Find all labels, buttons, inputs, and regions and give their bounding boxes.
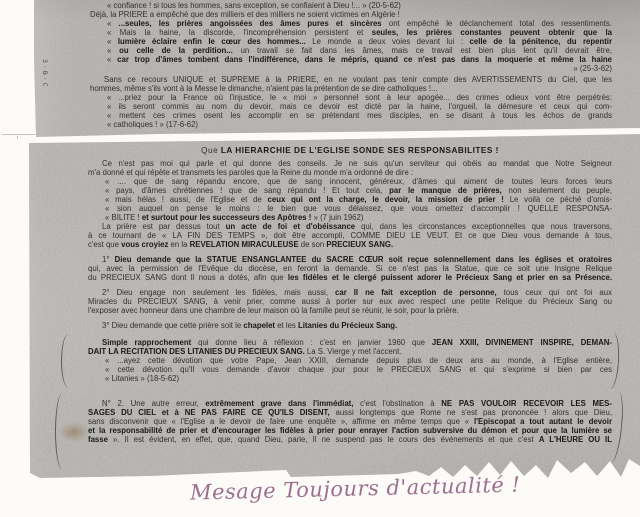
text-line: Sans ce recours UNIQUE et SUPREME à la P… bbox=[90, 75, 612, 84]
text-line: « ils seront commis au nom du devoir, ma… bbox=[90, 102, 612, 111]
text-line: « lumière éclaire enfin le cœur des homm… bbox=[90, 37, 612, 46]
text-line: « cette dévotion qu'Il vous demande d'av… bbox=[88, 365, 612, 374]
text-line: c'est que vous croyiez en la REVELATION … bbox=[88, 240, 612, 249]
text-line: Simple rapprochement qui donne lieu à ré… bbox=[88, 338, 612, 347]
handwritten-note: Mesage Toujours d'actualité ! bbox=[190, 471, 570, 504]
text-line: « ou celle de la perdition... un travail… bbox=[90, 46, 612, 55]
text-line: Ce n'est pas moi qui parle et qui donne … bbox=[88, 159, 612, 168]
line-gap bbox=[88, 383, 612, 399]
text-line: sans disconvenir que « l'Eglise a le dev… bbox=[88, 417, 612, 426]
text-line: N° 2. Une autre erreur, extrêmement grav… bbox=[88, 399, 612, 408]
text-line: « catholiques ! » (17-6-62) bbox=[90, 120, 612, 129]
text-line: 1° Dieu demande que la STATUE ENSANGLANT… bbox=[88, 255, 612, 264]
top-paper-text: « confiance ! si tous les hommes, sans e… bbox=[90, 1, 612, 129]
pencil-bracket-left-1 bbox=[61, 334, 76, 388]
text-line: du PRECIEUX SANG dont Il nous a dotés, a… bbox=[88, 273, 612, 282]
text-line: « ...priez pour la France où l'injustice… bbox=[90, 93, 612, 102]
text-line: DAIT LA RECITATION DES LITANIES DU PRECI… bbox=[88, 347, 612, 356]
text-line: et la responsabilité de prier et d'encou… bbox=[88, 426, 612, 435]
text-line: « BILITE ! et surtout pour les successeu… bbox=[88, 213, 612, 222]
text-line: « car trop d'âmes tombent dans l'indiffé… bbox=[90, 55, 612, 64]
seam-pencil-tick bbox=[17, 136, 18, 139]
text-line: La prière est par dessus tout un acte de… bbox=[88, 222, 612, 231]
text-line: « .... que de sang répandu encore, que d… bbox=[88, 177, 612, 186]
text-line: à ce tournant de « LA FIN DES TEMPS », d… bbox=[88, 231, 612, 240]
text-line: « confiance ! si tous les hommes, sans e… bbox=[90, 1, 612, 10]
text-line: SAGES DU CIEL et à NE PAS FAIRE CE QU'IL… bbox=[88, 408, 612, 417]
bottom-paper-text: Que LA HIERARCHIE DE L'EGLISE SONDE SES … bbox=[88, 146, 612, 444]
text-line: fasse ». Il est évident, en effet, que, … bbox=[88, 435, 612, 444]
text-line: « mais hélas ! aussi, de l'Eglise et de … bbox=[88, 195, 612, 204]
text-line: « ...ayez cette dévotion que votre Pape,… bbox=[88, 356, 612, 365]
line-gap bbox=[88, 330, 612, 338]
text-line: Déjà, la PRIERE a empêché que des millie… bbox=[90, 10, 612, 19]
text-line: » (25-3-62) bbox=[90, 64, 612, 73]
text-line: 3° Dieu demande que cette prière soit le… bbox=[88, 321, 612, 330]
text-line: hommes, même s'ils vont à la Messe le di… bbox=[90, 84, 612, 93]
text-line: « Mais la haine, la discorde, l'incompré… bbox=[90, 28, 612, 37]
text-line: « ...seules, les prières angoissées des … bbox=[90, 19, 612, 28]
text-line: « pays, d'âmes chrétiennes ! que de sang… bbox=[88, 186, 612, 195]
margin-pencil-mark: 3·B·C bbox=[41, 59, 49, 89]
text-line: « sion auquel on pense le moins : le bie… bbox=[88, 204, 612, 213]
text-line: m'a donné et qui répète et transmets les… bbox=[88, 168, 612, 177]
text-line: 2° Dieu engage non seulement les fidèles… bbox=[88, 288, 612, 297]
text-line: « mettent ces crimes osent les accomplir… bbox=[90, 111, 612, 120]
seam-pencil-line bbox=[2, 134, 35, 135]
text-line: l'exposer avec honneur dans une chambre … bbox=[88, 306, 612, 315]
text-line: « Litanies » (18-5-62) bbox=[88, 374, 612, 383]
text-line: qui, avec la permission de l'Evêque du d… bbox=[88, 264, 612, 273]
text-line: Que LA HIERARCHIE DE L'EGLISE SONDE SES … bbox=[88, 146, 612, 157]
pencil-bracket-left-2 bbox=[55, 393, 70, 470]
text-line: Miracles du PRECIEUX SANG, à venir prier… bbox=[88, 297, 612, 306]
scanned-document: 3·B·C « confiance ! si tous les hommes, … bbox=[0, 0, 640, 517]
